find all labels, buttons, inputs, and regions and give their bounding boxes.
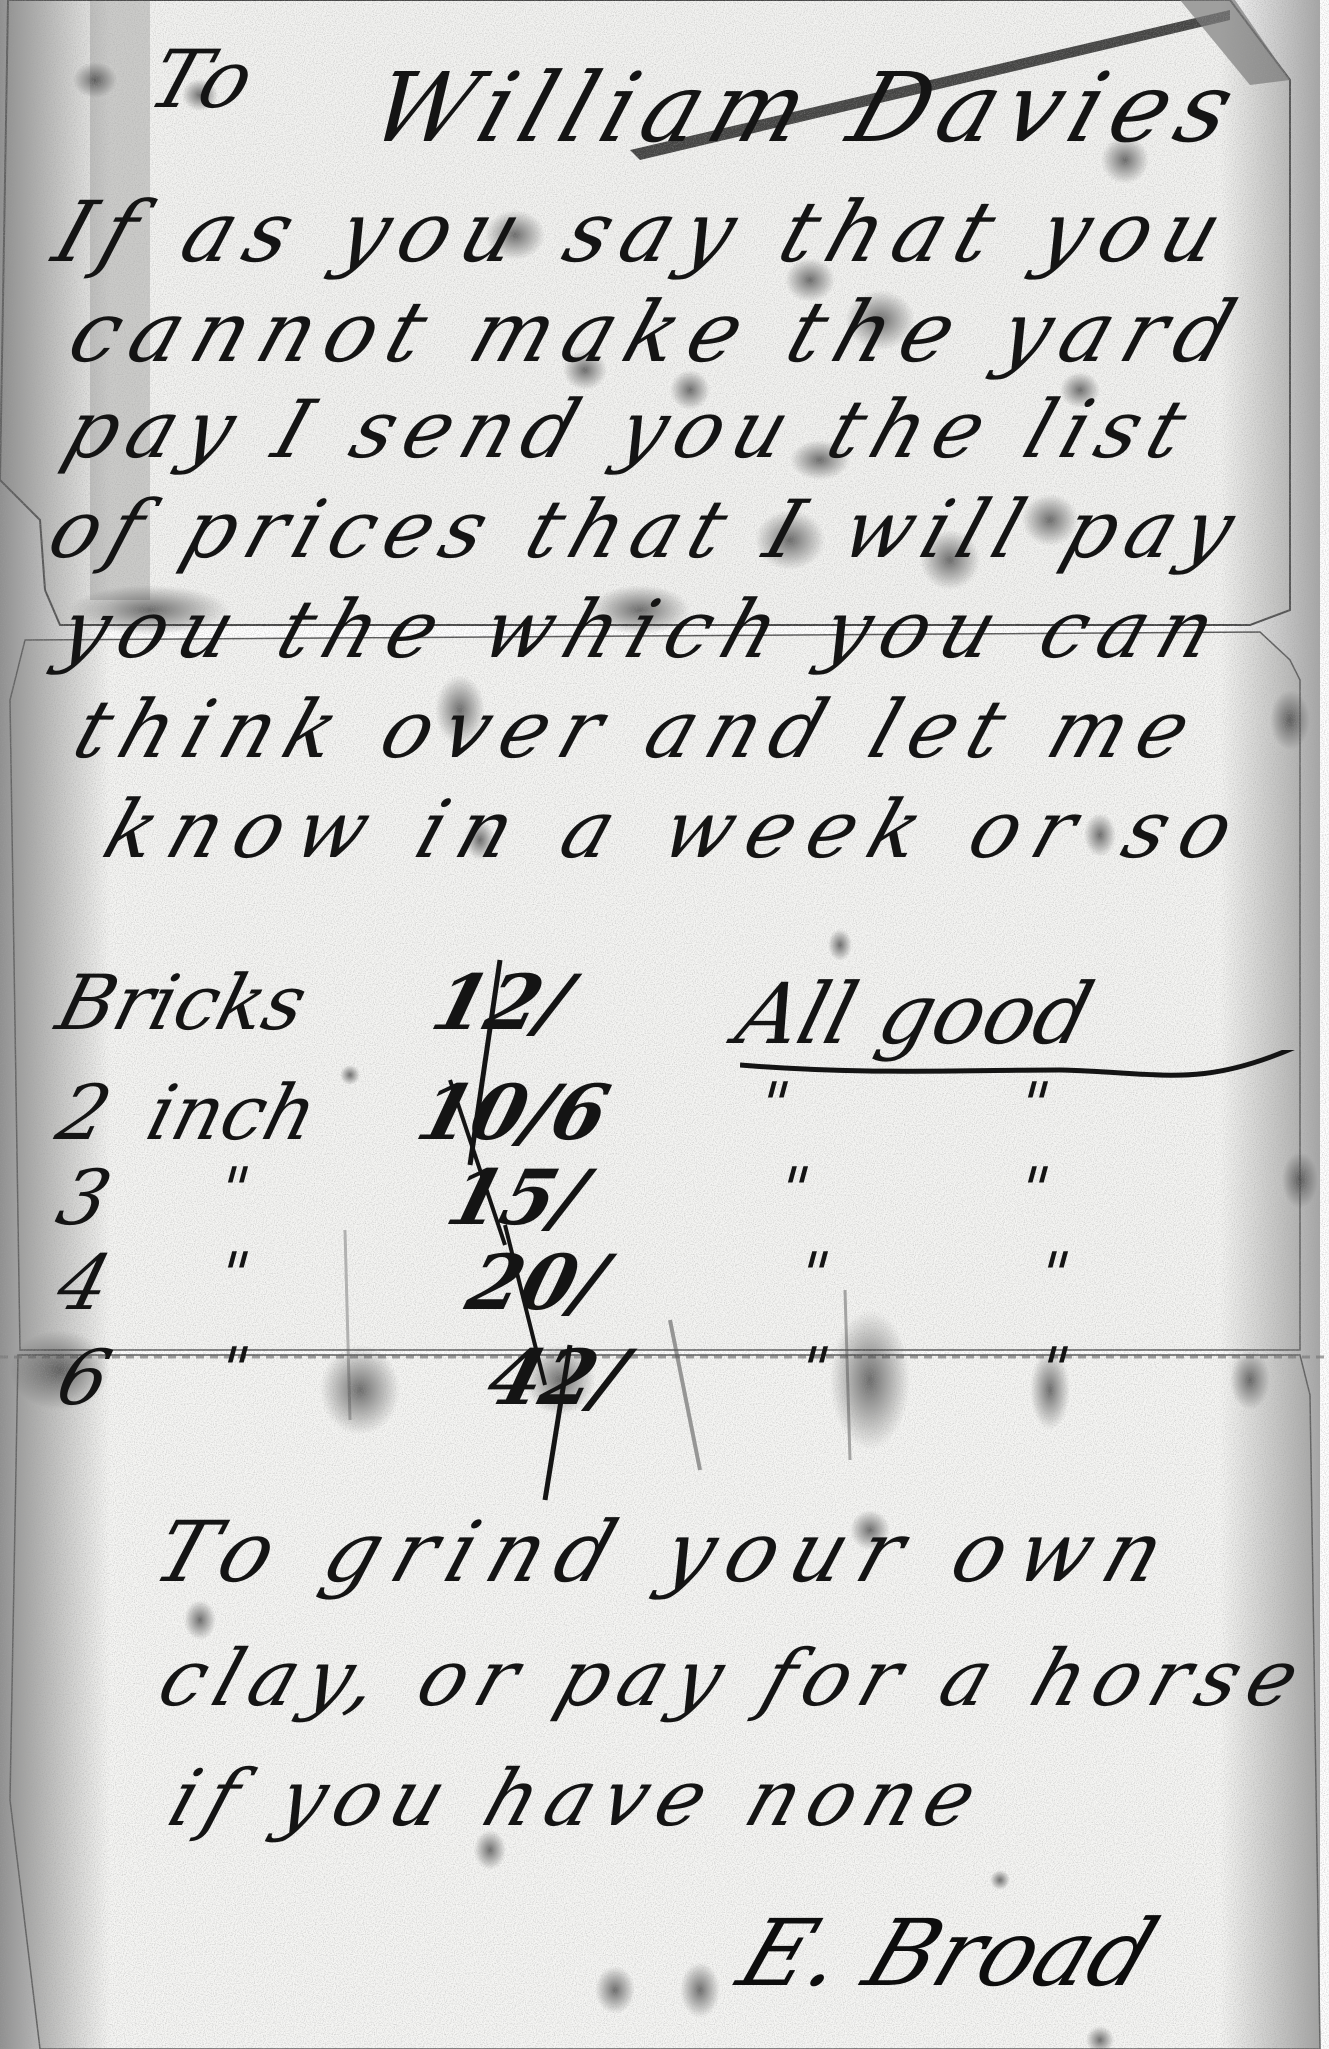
quality-header: All good (727, 965, 1103, 1063)
ditto-mark: " (1032, 1340, 1076, 1400)
ditto-mark: " (792, 1245, 836, 1305)
body-line-4: of prices that I will pay (40, 490, 1254, 570)
body-line-2: cannot make the yard (60, 290, 1256, 374)
body-line-5: you the which you can (50, 590, 1236, 670)
price-row-unit: inch (140, 1075, 325, 1151)
closing-line-2: clay, or pay for a horse (150, 1640, 1318, 1718)
price-row: 3 " 15/ " " (60, 1160, 1280, 1250)
price-row-item: 2 (50, 1075, 119, 1151)
closing-line-3: if you have none (160, 1760, 995, 1838)
price-row-price: 15/ (440, 1160, 594, 1236)
ditto-mark: " (772, 1160, 816, 1220)
price-row-header: Bricks 12/ All good (60, 965, 1280, 1055)
ditto-mark: " (1012, 1160, 1056, 1220)
body-line-3: pay I send you the list (55, 390, 1205, 470)
body-line-1: If as you say that you (45, 190, 1244, 274)
body-line-6: think over and let me (65, 690, 1212, 770)
recipient-name: William Davies (360, 60, 1255, 156)
price-row-unit: " (212, 1245, 256, 1305)
body-line-7: know in a week or so (95, 790, 1257, 870)
ditto-mark: " (1012, 1075, 1056, 1135)
price-row-item: 6 (50, 1340, 119, 1416)
ditto-mark: " (752, 1075, 796, 1135)
price-row-price: 12/ (425, 965, 579, 1041)
ditto-mark: " (1032, 1245, 1076, 1305)
signature: E. Broad (726, 1900, 1171, 2007)
price-row-price: 42/ (480, 1340, 634, 1416)
letter-page: To William Davies If as you say that you… (0, 0, 1329, 2049)
price-row-unit: " (212, 1160, 256, 1220)
price-row-unit: " (212, 1340, 256, 1400)
closing-line-1: To grind your own (145, 1510, 1188, 1594)
price-row-price: 10/6 (410, 1075, 617, 1151)
ditto-mark: " (792, 1340, 836, 1400)
price-row: 6 " 42/ " " (60, 1340, 1280, 1430)
price-row: 2 inch 10/6 " " (60, 1075, 1280, 1165)
price-row-item: Bricks (50, 965, 314, 1041)
price-row-price: 20/ (460, 1245, 614, 1321)
price-row-item: 3 (50, 1160, 119, 1236)
price-row-item: 4 (50, 1245, 119, 1321)
price-row: 4 " 20/ " " (60, 1245, 1280, 1335)
